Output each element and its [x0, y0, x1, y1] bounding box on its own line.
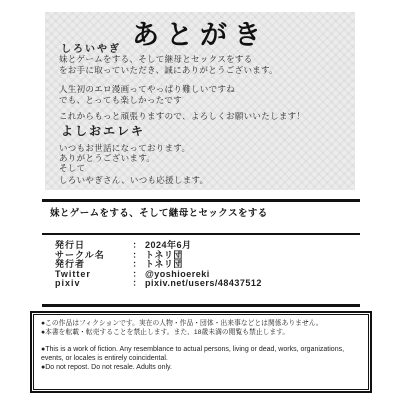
colophon-label: pixiv — [55, 279, 129, 289]
colophon: 発行日：2024年6月 サークル名：トネリ団 発行者：トネリ団 Twitter：… — [55, 241, 262, 289]
horizontal-divider — [42, 199, 360, 202]
paragraph-line: これからもっと頑張りますので、よろしくお願いいたします！ — [59, 111, 305, 122]
spacer — [41, 337, 361, 345]
author-name-shiroiyagi: しろいやぎ — [61, 40, 121, 55]
colophon-pixiv-url: pixiv.net/users/48437512 — [145, 279, 262, 289]
horizontal-divider — [42, 304, 360, 307]
colophon-separator: ： — [129, 279, 145, 289]
work-title: 妹とゲームをする、そして継母とセックスをする — [50, 205, 268, 219]
disclaimer-en-line: ●Do not repost. Do not resale. Adults on… — [41, 364, 361, 373]
paragraph: いつもお世話になっております。 ありがとうございます。 そして — [59, 143, 190, 173]
paragraph-line: いつもお世話になっております。 — [59, 143, 190, 153]
paragraph: しろいやぎさん、いつも応援します。 — [59, 175, 208, 186]
paragraph-line: をお手に取っていただき、誠にありがとうございます。 — [59, 65, 278, 76]
disclaimer-jp-line: ●本書を転載・転売することを禁止します。また、18歳未満の閲覧も禁止します。 — [41, 328, 351, 337]
paragraph-line: 人生初のエロ漫画ってやっぱり難しいですね — [59, 84, 235, 95]
paragraph-line: 妹とゲームをする、そして継母とセックスをする — [59, 54, 278, 65]
disclaimer-box-inner: ●この作品はフィクションです。実在の人物・作品・団体・出来事などとは関係ありませ… — [33, 314, 369, 390]
screentone-background: あとがき しろいやぎ 妹とゲームをする、そして継母とセックスをする をお手に取っ… — [45, 12, 355, 190]
horizontal-divider — [42, 233, 360, 235]
disclaimer-jp-line: ●この作品はフィクションです。実在の人物・作品・団体・出来事などとは関係ありませ… — [41, 319, 351, 328]
paragraph-line: そして — [59, 163, 190, 173]
disclaimer-en-line: ●This is a work of fiction. Any resembla… — [41, 346, 361, 363]
paragraph: 人生初のエロ漫画ってやっぱり難しいですね でも、とっても楽しかったです — [59, 84, 235, 105]
colophon-row: pixiv：pixiv.net/users/48437512 — [55, 279, 262, 289]
afterword-page: あとがき しろいやぎ 妹とゲームをする、そして継母とセックスをする をお手に取っ… — [0, 0, 400, 400]
paragraph-line: ありがとうございます。 — [59, 153, 190, 163]
paragraph: 妹とゲームをする、そして継母とセックスをする をお手に取っていただき、誠にありが… — [59, 54, 278, 75]
author-name-yoshioereki: よしおエレキ — [61, 122, 145, 139]
paragraph-line: しろいやぎさん、いつも応援します。 — [59, 175, 208, 186]
disclaimer-box: ●この作品はフィクションです。実在の人物・作品・団体・出来事などとは関係ありませ… — [30, 311, 372, 393]
paragraph: これからもっと頑張りますので、よろしくお願いいたします！ — [59, 111, 305, 122]
paragraph-line: でも、とっても楽しかったです — [59, 95, 235, 106]
